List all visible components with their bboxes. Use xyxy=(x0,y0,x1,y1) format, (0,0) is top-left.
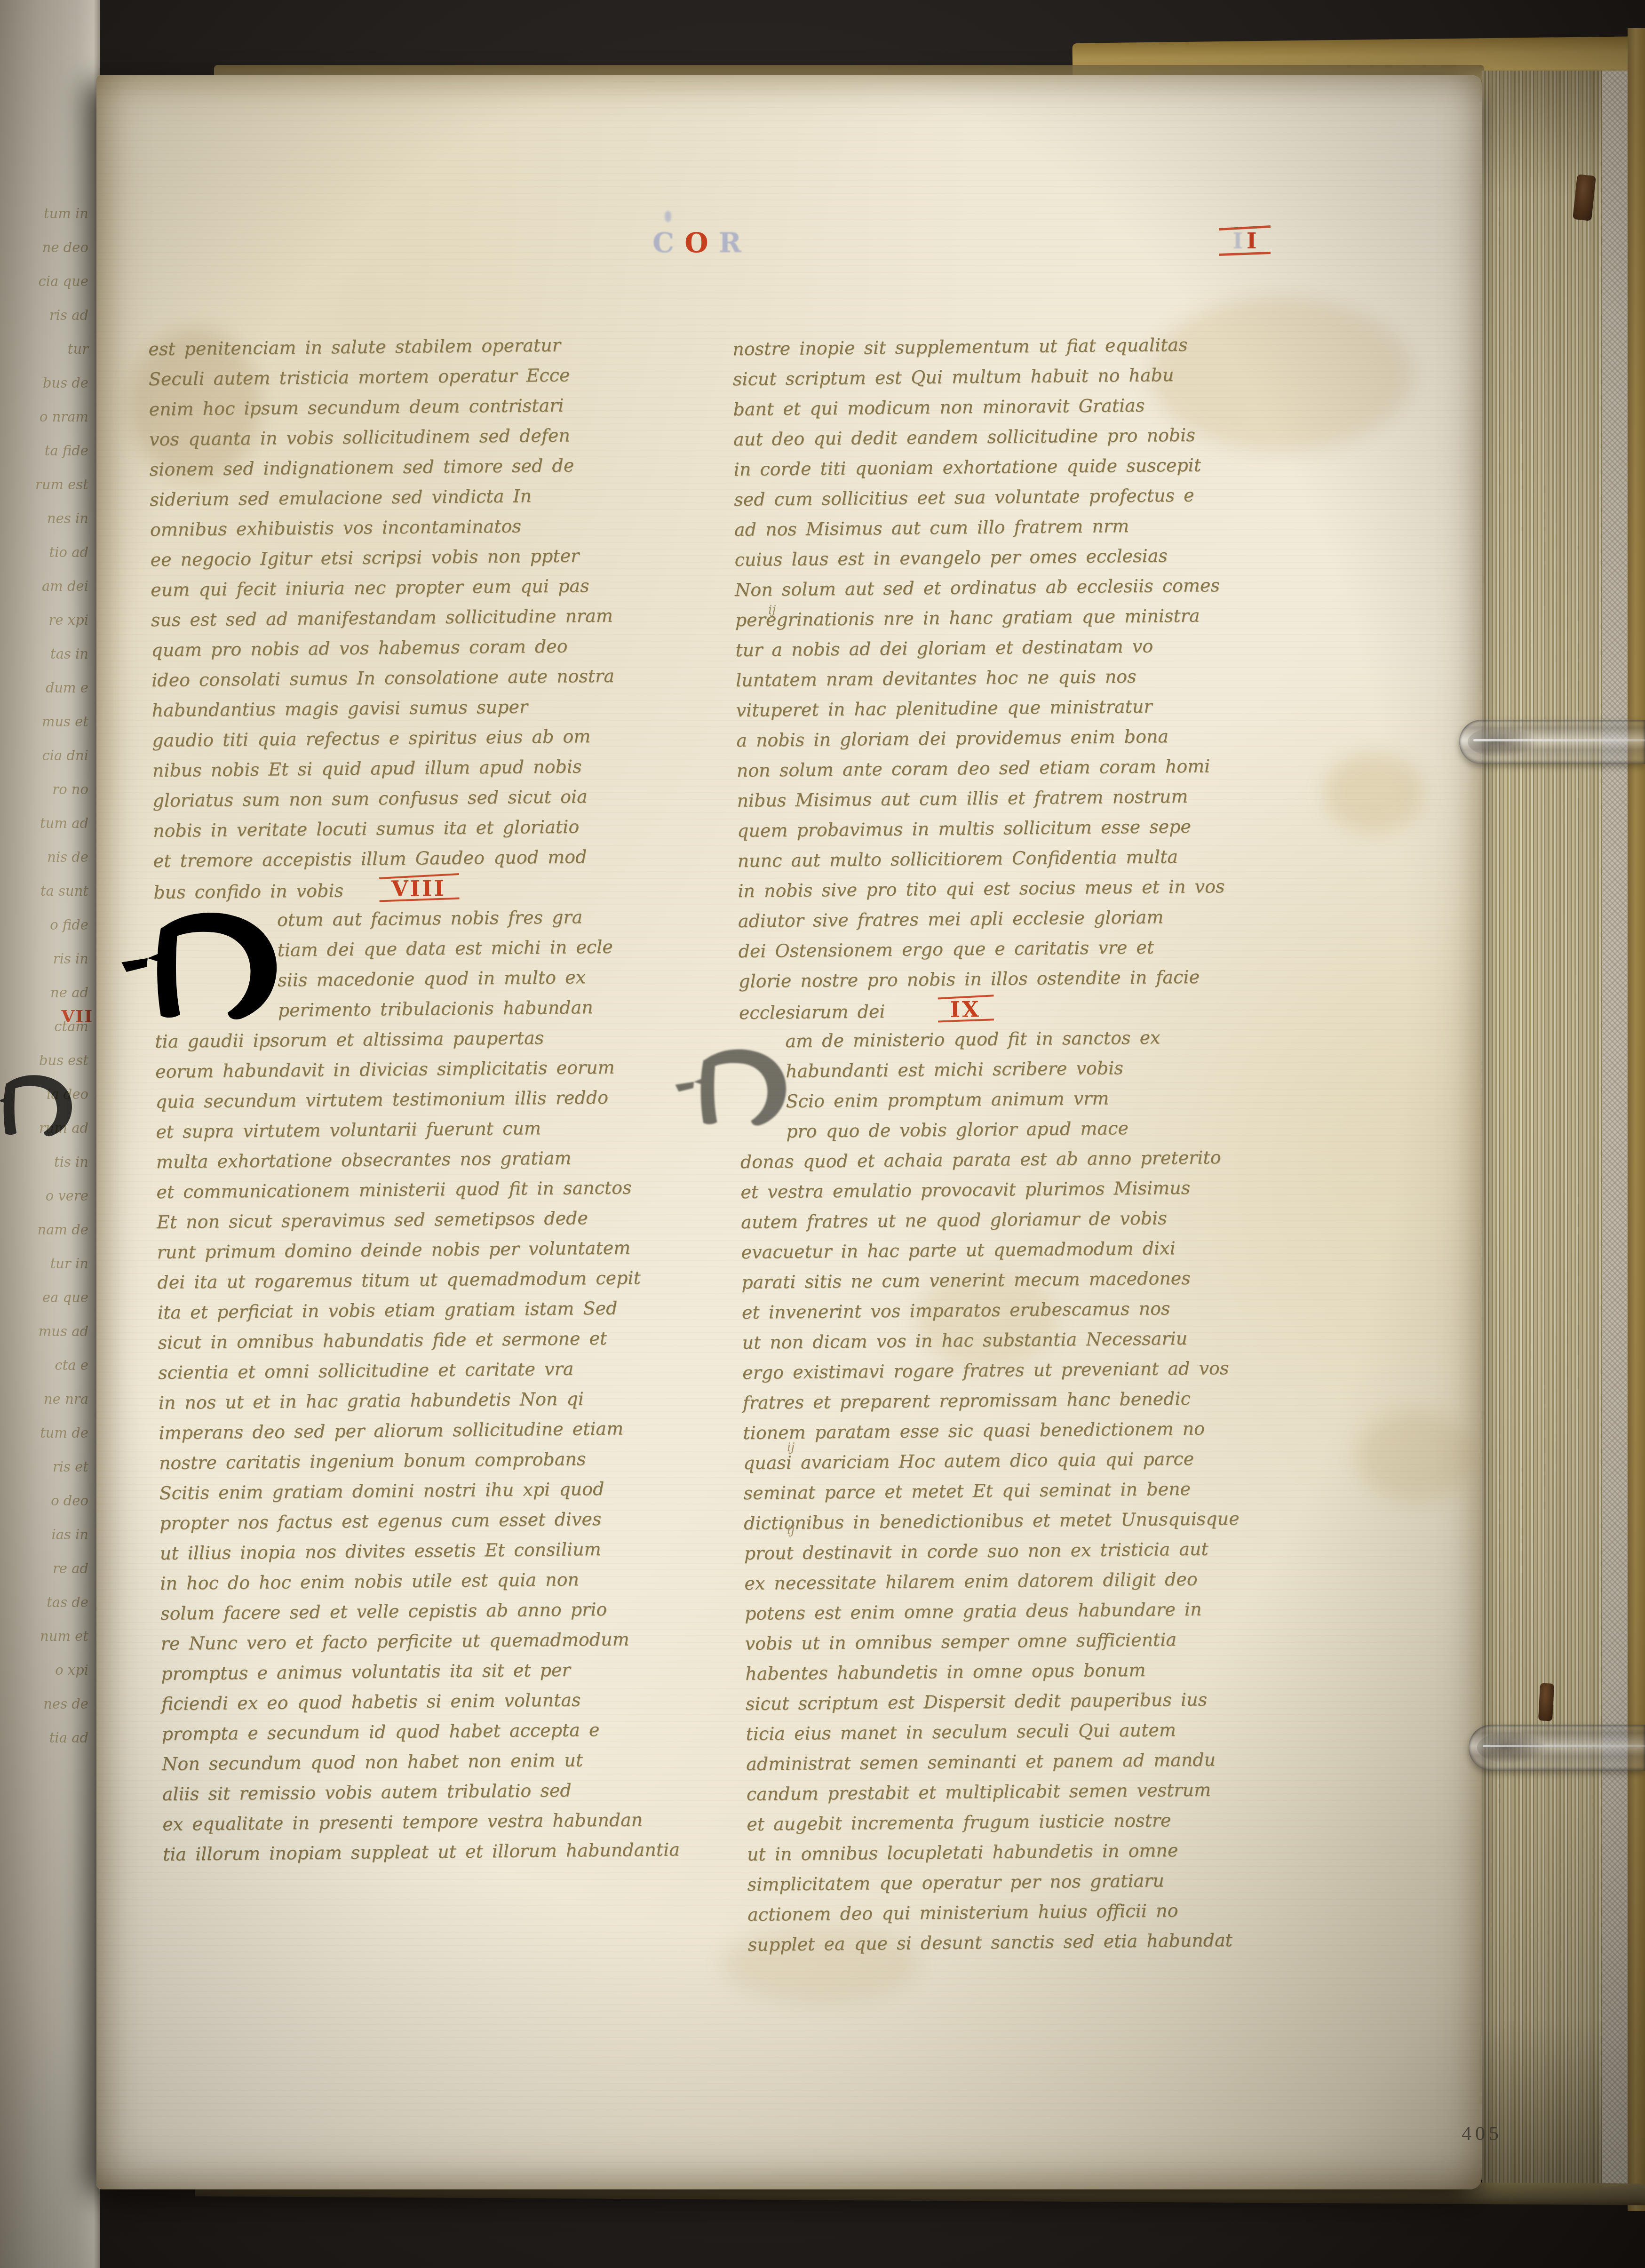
right-column-text: donas quod et achaia parata est ab anno … xyxy=(740,1142,1381,1961)
right-initial-block: am de ministerio quod fit in sanctos exh… xyxy=(739,1021,1373,1148)
left-column-text: est penitenciam in salute stabilem opera… xyxy=(148,330,699,877)
right-column-text-beside-initial: am de ministerio quod fit in sanctos exh… xyxy=(739,1021,1373,1148)
fore-edge-page-stack xyxy=(1482,71,1602,2188)
manuscript-page: COR II est penitenciam in salute stabile… xyxy=(96,75,1482,2189)
right-column-text: nostre inopie sit supplementum ut fiat e… xyxy=(732,329,1371,997)
glass-weight-rod-bottom xyxy=(1469,1725,1645,1771)
illuminated-initial-N-red xyxy=(112,902,278,1027)
text-column-right: nostre inopie sit supplementum ut fiat e… xyxy=(732,329,1381,1961)
text-column-left: est penitenciam in salute stabilem opera… xyxy=(148,330,708,1870)
running-header: COR xyxy=(652,227,742,259)
marginal-mark: ij xyxy=(787,1523,795,1537)
marginal-mark: ij xyxy=(768,603,776,617)
right-heading-text: ecclesiarum dei xyxy=(739,997,885,1027)
marginal-mark: ij xyxy=(787,1440,795,1455)
left-initial-block: otum aut facimus nobis fres gratiam dei … xyxy=(154,902,700,1027)
binding-cover-edge xyxy=(1628,28,1645,2211)
chapter-numeral-viii: VIII xyxy=(387,874,451,903)
chapter-numeral-ix: IX xyxy=(945,995,985,1024)
illuminated-initial-N-blue xyxy=(668,1025,787,1147)
facing-chapter-numeral: VII xyxy=(61,1007,93,1027)
left-column-text: tia gaudii ipsorum et altissima pauperta… xyxy=(155,1022,708,1870)
clasp-nail-bottom xyxy=(1538,1683,1554,1721)
facing-initial-letter xyxy=(0,1039,72,1170)
binding-cloth-band xyxy=(1602,71,1628,2188)
facing-page-text-fragments: tum inne deocia queris adturbus deo nram… xyxy=(0,197,100,1755)
folio-numeral: II xyxy=(1224,227,1265,256)
facing-page-edge: tum inne deocia queris adturbus deo nram… xyxy=(0,0,100,2268)
page-number-stamp: 405 xyxy=(1462,2123,1502,2145)
manuscript-photo-scene: tum inne deocia queris adturbus deo nram… xyxy=(0,0,1645,2268)
left-heading-line: bus confido in vobis VIII xyxy=(153,872,699,907)
faded-ink-fleck xyxy=(665,211,671,222)
glass-weight-rod-top xyxy=(1459,720,1645,764)
